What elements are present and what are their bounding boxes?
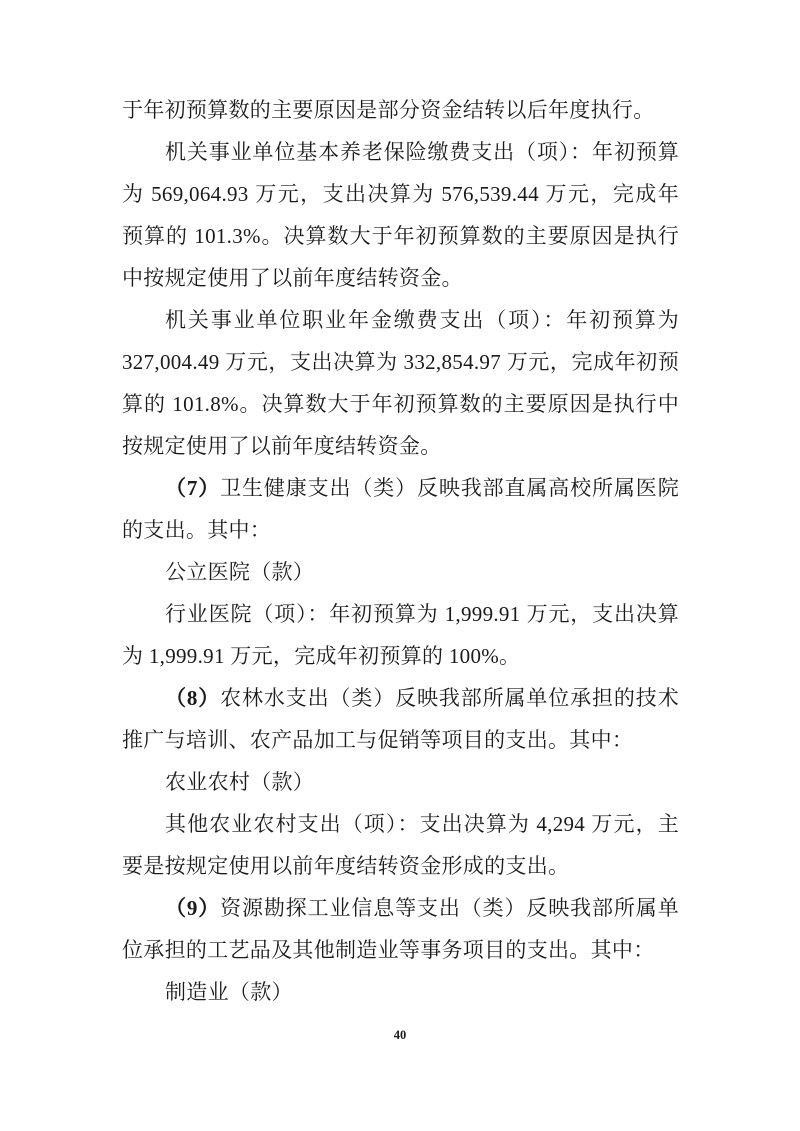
text-line: 于年初预算数的主要原因是部分资金结转以后年度执行。 [122,89,679,131]
text-line: 要是按规定使用以前年度结转资金形成的支出。 [122,845,679,887]
text-line: 公立医院（款） [122,551,679,593]
text-line: （9）资源勘探工业信息等支出（类）反映我部所属单 [122,887,679,929]
paragraph-number: （7） [165,476,220,500]
text-line: 推广与培训、农产品加工与促销等项目的支出。其中： [122,719,679,761]
text-line: 327,004.49 万元，支出决算为 332,854.97 万元，完成年初预 [122,341,679,383]
paragraph-number: （9） [165,896,220,920]
text-line: （8）农林水支出（类）反映我部所属单位承担的技术 [122,677,679,719]
text-line: 为 1,999.91 万元，完成年初预算的 100%。 [122,635,679,677]
text-line: 农业农村（款） [122,761,679,803]
page-footer: 40 [0,1026,800,1044]
page-number: 40 [394,1028,407,1042]
paragraph-number: （8） [165,686,220,710]
text-line: 其他农业农村支出（项）：支出决算为 4,294 万元，主 [122,803,679,845]
text-line: 按规定使用了以前年度结转资金。 [122,425,679,467]
text-line: （7）卫生健康支出（类）反映我部直属高校所属医院 [122,467,679,509]
text-line: 中按规定使用了以前年度结转资金。 [122,257,679,299]
text-line: 位承担的工艺品及其他制造业等事务项目的支出。其中： [122,929,679,971]
text-line: 的支出。其中： [122,509,679,551]
text-line: 机关事业单位基本养老保险缴费支出（项）：年初预算 [122,131,679,173]
text-line: 算的 101.8%。决算数大于年初预算数的主要原因是执行中 [122,383,679,425]
text-line: 为 569,064.93 万元，支出决算为 576,539.44 万元，完成年初 [122,173,679,215]
text-line: 制造业（款） [122,971,679,1013]
document-body: 于年初预算数的主要原因是部分资金结转以后年度执行。机关事业单位基本养老保险缴费支… [122,89,679,1013]
text-line: 机关事业单位职业年金缴费支出（项）：年初预算为 [122,299,679,341]
text-line: 行业医院（项）：年初预算为 1,999.91 万元，支出决算 [122,593,679,635]
document-page: 于年初预算数的主要原因是部分资金结转以后年度执行。机关事业单位基本养老保险缴费支… [0,0,800,1131]
text-line: 预算的 101.3%。决算数大于年初预算数的主要原因是执行 [122,215,679,257]
